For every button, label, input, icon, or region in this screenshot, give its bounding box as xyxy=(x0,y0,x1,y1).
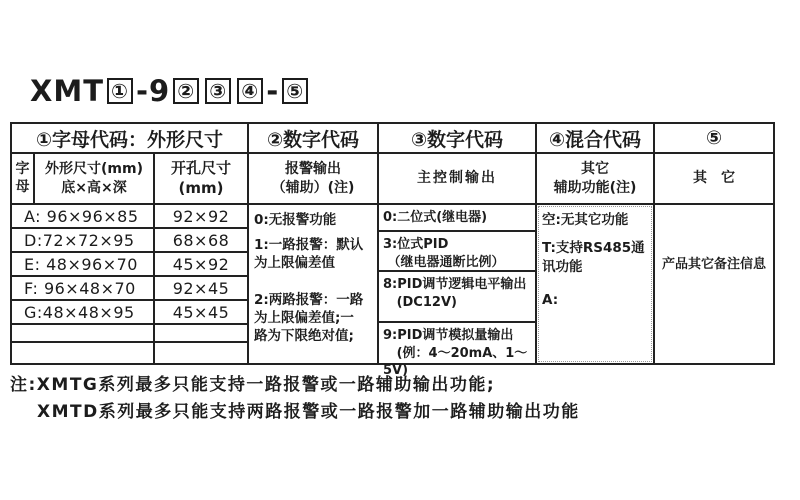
table-row-e: E: 48×96×70 45×92 xyxy=(12,253,247,277)
hole-cell xyxy=(155,343,247,363)
circled-1: ① xyxy=(111,81,129,101)
table-row-empty-1 xyxy=(12,325,247,343)
table-body: A: 96×96×85 92×92 D:72×72×95 68×68 E: 48… xyxy=(12,205,773,363)
table-header-row-1: ①字母代码：外形尺寸 ②数字代码 ③数字代码 ④混合代码 ⑤ xyxy=(12,124,773,154)
dimension-subheader-line1: 外形尺寸(mm) xyxy=(45,160,143,178)
alarm-output-subheader-line1: 报警输出 xyxy=(285,160,341,178)
hole-cell: 92×45 xyxy=(155,277,247,299)
col3-header: ③数字代码 xyxy=(379,124,537,152)
letter-code-column: A: 96×96×85 92×92 D:72×72×95 68×68 E: 48… xyxy=(12,205,249,363)
dimension-subheader-line2: 底×高×深 xyxy=(61,179,126,197)
hole-cell xyxy=(155,325,247,341)
aux-function-subheader-line2: 辅助功能(注) xyxy=(554,179,637,197)
circled-5: ⑤ xyxy=(286,81,304,101)
aux-option-a: A: xyxy=(542,291,650,311)
table-row-g: G:48×48×95 45×45 xyxy=(12,301,247,325)
code-box-2: ② xyxy=(173,78,199,104)
dimension-subheader: 外形尺寸(mm) 底×高×深 xyxy=(35,154,155,203)
title-dash: - xyxy=(266,74,279,108)
cutout-subheader-line1: 开孔尺寸 xyxy=(171,159,231,179)
title-prefix: XMT xyxy=(30,74,104,108)
table-row-d: D:72×72×95 68×68 xyxy=(12,229,247,253)
aux-function-dotted-box: 空:无其它功能 T:支持RS485通 讯功能 A: xyxy=(538,206,652,362)
footnotes: 注:XMTG系列最多只能支持一路报警或一路辅助输出功能; XMTD系列最多只能支… xyxy=(10,372,580,426)
aux-function-column: 空:无其它功能 T:支持RS485通 讯功能 A: xyxy=(537,205,655,363)
dim-cell: A: 96×96×85 xyxy=(12,205,155,227)
table-header-row-2: 字母 外形尺寸(mm) 底×高×深 开孔尺寸 (mm) 报警输出 （辅助）(注)… xyxy=(12,154,773,205)
code-box-3: ③ xyxy=(205,78,231,104)
spec-sheet-page: XMT ① -9 ② ③ ④ - ⑤ ①字母代码：外形尺寸 ②数字代码 ③数字代… xyxy=(0,0,800,500)
hole-cell: 92×92 xyxy=(155,205,247,227)
table-row-empty-2 xyxy=(12,343,247,363)
alarm-option-1: 1:一路报警：默认 为上限偏差值 xyxy=(254,236,374,272)
output-option-8: 8:PID调节逻辑电平输出 (DC12V) xyxy=(379,272,535,323)
aux-option-none: 空:无其它功能 xyxy=(542,211,650,231)
other-column: 产品其它备注信息 xyxy=(655,205,773,363)
aux-function-subheader-line1: 其它 xyxy=(581,160,609,178)
table-row-a: A: 96×96×85 92×92 xyxy=(12,205,247,229)
dim-cell: E: 48×96×70 xyxy=(12,253,155,275)
footnote-line-2: XMTD系列最多只能支持两路报警或一路报警加一路辅助输出功能 xyxy=(10,399,580,426)
output-option-0: 0:二位式(继电器) xyxy=(379,205,535,232)
cutout-subheader-line2: (mm) xyxy=(179,179,224,199)
alarm-output-column: 0:无报警功能 1:一路报警：默认 为上限偏差值 2:两路报警：一路 为上限偏差… xyxy=(249,205,379,363)
dim-cell xyxy=(12,325,155,341)
hole-cell: 45×45 xyxy=(155,301,247,323)
col2-header: ②数字代码 xyxy=(249,124,379,152)
alarm-option-2: 2:两路报警：一路 为上限偏差值;一 路为下限绝对值; xyxy=(254,291,374,346)
circled-4: ④ xyxy=(241,81,259,101)
alarm-option-0: 0:无报警功能 xyxy=(254,211,374,229)
cutout-subheader: 开孔尺寸 (mm) xyxy=(155,154,247,203)
letter-subheader: 字母 xyxy=(12,154,35,203)
title-mid: -9 xyxy=(136,74,170,108)
spec-table: ①字母代码：外形尺寸 ②数字代码 ③数字代码 ④混合代码 ⑤ 字母 外形尺寸(m… xyxy=(10,122,775,365)
alarm-output-subheader-line2: （辅助）(注) xyxy=(272,179,355,197)
model-code-title: XMT ① -9 ② ③ ④ - ⑤ xyxy=(30,74,311,108)
col1-header: ①字母代码：外形尺寸 xyxy=(12,124,249,152)
hole-cell: 68×68 xyxy=(155,229,247,251)
hole-cell: 45×92 xyxy=(155,253,247,275)
code-box-4: ④ xyxy=(237,78,263,104)
table-row-f: F: 96×48×70 92×45 xyxy=(12,277,247,301)
code-box-5: ⑤ xyxy=(282,78,308,104)
circled-2: ② xyxy=(177,81,195,101)
other-remark: 产品其它备注信息 xyxy=(662,253,766,272)
alarm-output-subheader: 报警输出 （辅助）(注) xyxy=(249,154,379,203)
col4-header: ④混合代码 xyxy=(537,124,655,152)
dim-cell xyxy=(12,343,155,363)
col5-header: ⑤ xyxy=(655,124,773,152)
col1-subheader-group: 字母 外形尺寸(mm) 底×高×深 开孔尺寸 (mm) xyxy=(12,154,249,203)
dim-cell: F: 96×48×70 xyxy=(12,277,155,299)
main-control-column: 0:二位式(继电器) 3:位式PID （继电器通断比例） 8:PID调节逻辑电平… xyxy=(379,205,537,363)
output-option-3: 3:位式PID （继电器通断比例） xyxy=(379,232,535,272)
main-control-subheader: 主控制输出 xyxy=(379,154,537,203)
code-box-1: ① xyxy=(107,78,133,104)
dim-cell: G:48×48×95 xyxy=(12,301,155,323)
dim-cell: D:72×72×95 xyxy=(12,229,155,251)
circled-3: ③ xyxy=(209,81,227,101)
other-subheader: 其 它 xyxy=(655,154,773,203)
footnote-line-1: 注:XMTG系列最多只能支持一路报警或一路辅助输出功能; xyxy=(10,372,580,399)
aux-option-t: T:支持RS485通 讯功能 xyxy=(542,239,650,278)
aux-function-subheader: 其它 辅助功能(注) xyxy=(537,154,655,203)
